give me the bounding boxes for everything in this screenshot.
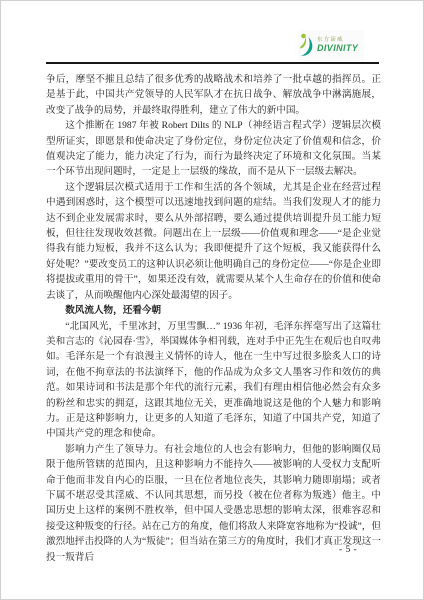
paragraph-continuation: 争后，摩坚不摧且总结了很多优秀的战略战术和培养了一批卓越的指挥员。正是基于此，中…: [46, 72, 381, 118]
page-number: - 5 -: [339, 545, 357, 555]
document-text: 争后，摩坚不摧且总结了很多优秀的战略战术和培养了一批卓越的指挥员。正是基于此，中…: [46, 72, 381, 565]
logo-text-block: 东方谛威 DIVINITY: [317, 38, 358, 54]
document-page: 东方谛威 DIVINITY 争后，摩坚不摧且总结了很多优秀的战略战术和培养了一批…: [0, 0, 424, 600]
paragraph: “北国风光，千里冰封，万里雪飘…” 1936 年初，毛泽东挥毫写出了这篇壮美和言…: [46, 319, 381, 442]
paragraph: 影响力产生了领导力。有社会地位的人也会有影响力，但他的影响圈仅局限于他所管辖的范…: [46, 442, 381, 565]
paragraph: 这个推断在 1987 年被 Robert Dilts 的 NLP（神经语言程式学…: [46, 118, 381, 180]
header-divider: [46, 62, 379, 64]
logo-brand-name: DIVINITY: [317, 44, 358, 53]
divinity-logo-icon: [298, 33, 315, 59]
paragraph: 这个逻辑层次模式适用于工作和生活的各个领域，尤其是企业在经营过程中遇到困惑时，这…: [46, 180, 381, 303]
divinity-logo: 东方谛威 DIVINITY: [298, 30, 364, 61]
section-heading: 数风流人物，还看今朝: [46, 303, 381, 318]
